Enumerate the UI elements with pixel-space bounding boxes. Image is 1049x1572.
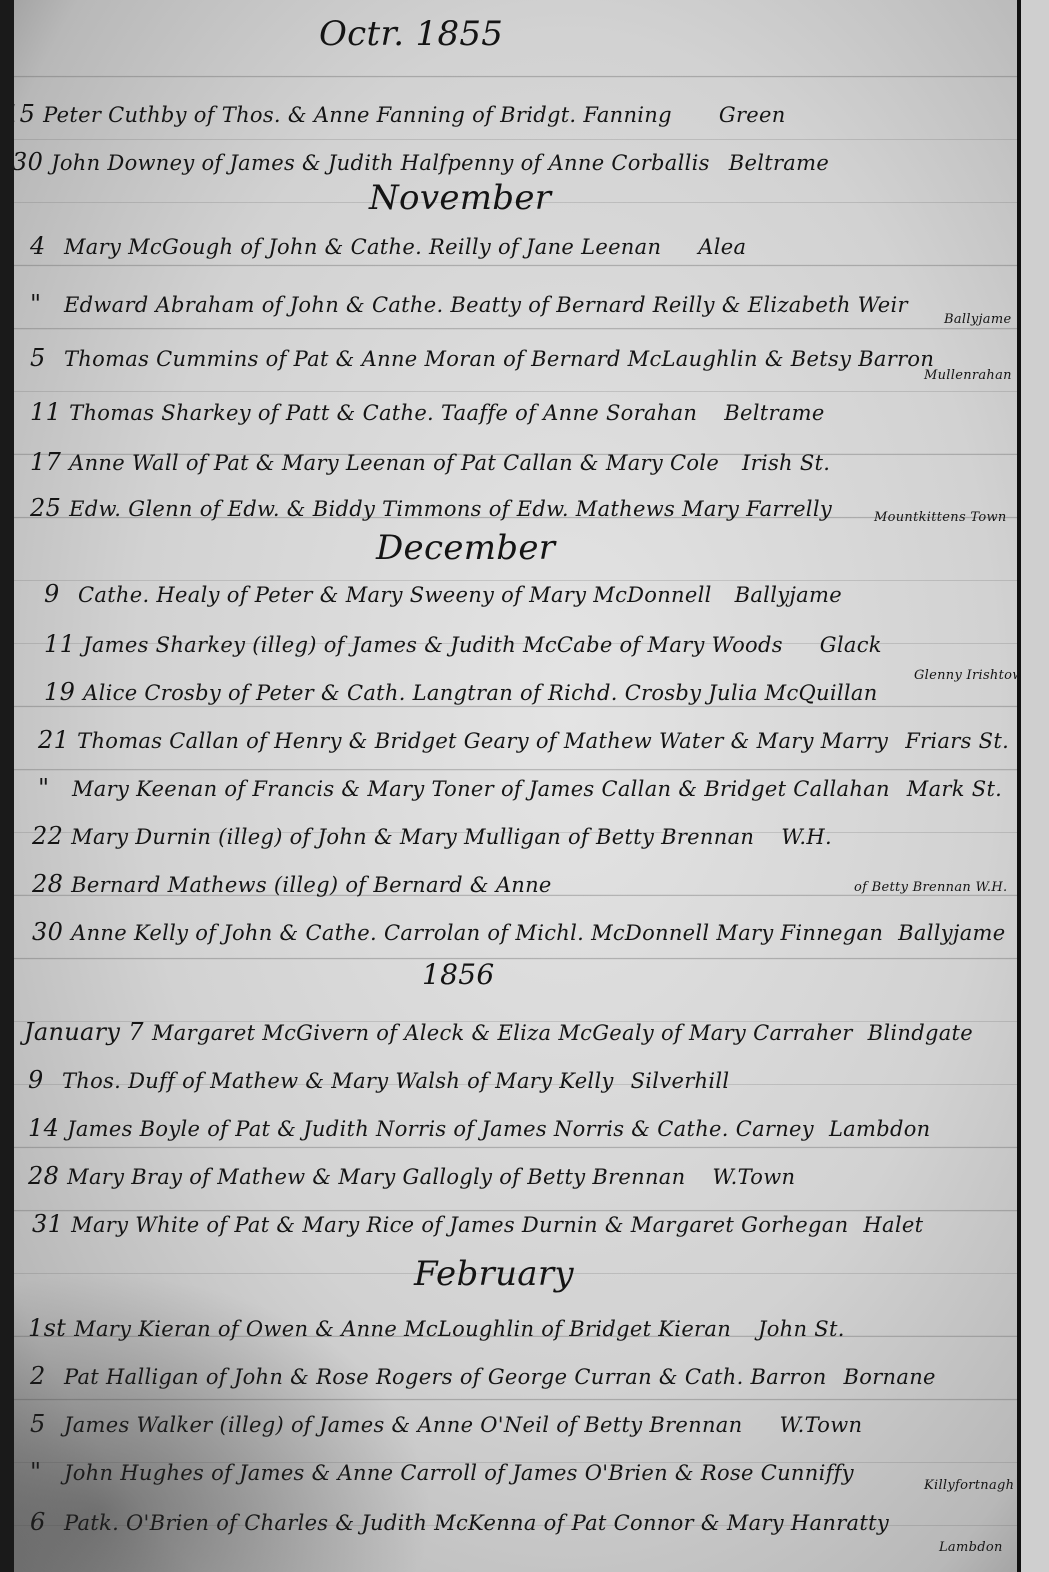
register-entry: 21Thomas Callan of Henry & Bridget Geary… [38,726,1009,754]
entry-day: 31 [32,1210,63,1238]
register-entry: 4Mary McGough of John & Cathe. Reilly of… [30,232,746,260]
register-entry: 31Mary White of Pat & Mary Rice of James… [32,1210,923,1238]
entry-text: Thomas Sharkey of Patt & Cathe. Taaffe o… [69,401,697,425]
entry-place: Halet [863,1213,923,1237]
entry-place: Ballyjame [898,921,1005,945]
entry-day: 17 [30,448,61,476]
entry-day: 11 [30,398,61,426]
entry-text: Thos. Duff of Mathew & Mary Walsh of Mar… [62,1069,614,1093]
entry-day: 25 [30,494,61,522]
entry-text: Mary White of Pat & Mary Rice of James D… [71,1213,848,1237]
entry-text: Thomas Cummins of Pat & Anne Moran of Be… [64,347,934,371]
entry-text: Mary McGough of John & Cathe. Reilly of … [64,235,661,259]
entry-day: 22 [32,822,63,850]
entry-day: 30 [32,918,63,946]
month-heading: February [414,1254,574,1294]
entry-text: John Downey of James & Judith Halfpenny … [51,151,710,175]
register-entry: 19Alice Crosby of Peter & Cath. Langtran… [44,678,878,706]
month-heading: November [369,178,551,218]
entry-place-note: Glenny Irishtown [914,668,1018,683]
entry-day: 15 [14,100,35,128]
register-entry: 22Mary Durnin (illeg) of John & Mary Mul… [32,822,832,850]
entry-day: 4 [30,232,56,260]
entry-text: Cathe. Healy of Peter & Mary Sweeny of M… [78,583,712,607]
register-entry: "Mary Keenan of Francis & Mary Toner of … [38,774,1002,802]
register-entry: 30Anne Kelly of John & Cathe. Carrolan o… [32,918,1005,946]
entry-day: 6 [30,1508,56,1536]
entry-text: Mary Bray of Mathew & Mary Gallogly of B… [67,1165,685,1189]
entry-place: Irish St. [742,451,830,475]
entry-place: Friars St. [905,729,1009,753]
entry-text: Peter Cuthby of Thos. & Anne Fanning of … [43,103,672,127]
entry-text: Edward Abraham of John & Cathe. Beatty o… [64,293,908,317]
register-entry: 9Cathe. Healy of Peter & Mary Sweeny of … [44,580,842,608]
entry-day: 5 [30,1410,56,1438]
entry-text: Margaret McGivern of Aleck & Eliza McGea… [152,1021,853,1045]
entry-day: 28 [32,870,63,898]
entry-day: 9 [44,580,70,608]
entry-place: Mark St. [907,777,1002,801]
page-heading: Octr. 1855 [319,14,503,54]
register-entry: 25Edw. Glenn of Edw. & Biddy Timmons of … [30,494,832,522]
entry-place: Silverhill [631,1069,730,1093]
entry-place-note: Mountkittens Town [874,510,1007,525]
entry-place: W.Town [712,1165,795,1189]
entry-place: Green [719,103,786,127]
register-entry: 5Thomas Cummins of Pat & Anne Moran of B… [30,344,934,372]
entry-text: Edw. Glenn of Edw. & Biddy Timmons of Ed… [69,497,832,521]
entry-place: Ballyjame [735,583,842,607]
register-entry: 11Thomas Sharkey of Patt & Cathe. Taaffe… [30,398,825,426]
register-entry: January 7Margaret McGivern of Aleck & El… [24,1018,973,1046]
entry-text: James Boyle of Pat & Judith Norris of Ja… [67,1117,814,1141]
entry-place-note: Mullenrahan [924,368,1012,383]
entry-day: " [30,1458,56,1486]
entry-text: Mary Keenan of Francis & Mary Toner of J… [72,777,890,801]
entry-text: John Hughes of James & Anne Carroll of J… [64,1461,854,1485]
register-entry: 2Pat Halligan of John & Rose Rogers of G… [30,1362,936,1390]
adjacent-page-edge [1021,0,1049,1572]
month-heading: December [376,528,555,568]
register-entry: 28Bernard Mathews (illeg) of Bernard & A… [32,870,552,898]
entry-text: Anne Wall of Pat & Mary Leenan of Pat Ca… [69,451,719,475]
register-entry: 6Patk. O'Brien of Charles & Judith McKen… [30,1508,889,1536]
entry-day: January 7 [24,1018,144,1046]
entry-text: Thomas Callan of Henry & Bridget Geary o… [77,729,888,753]
entry-day: 28 [28,1162,59,1190]
entry-place-note: Killyfortnagh [924,1478,1014,1493]
entry-day: 9 [28,1066,54,1094]
register-entry: 28Mary Bray of Mathew & Mary Gallogly of… [28,1162,795,1190]
register-entry: 14James Boyle of Pat & Judith Norris of … [28,1114,930,1142]
entry-place: Alea [698,235,746,259]
entry-place: Beltrame [729,151,829,175]
entry-place: W.H. [781,825,832,849]
entry-place: Lambdon [829,1117,931,1141]
entry-place-note: Lambdon [939,1540,1003,1555]
register-entry: 30John Downey of James & Judith Halfpenn… [14,148,829,176]
entry-text: James Sharkey (illeg) of James & Judith … [83,633,783,657]
entry-day: " [38,774,64,802]
entry-text: Patk. O'Brien of Charles & Judith McKenn… [64,1511,889,1535]
register-entry: 5James Walker (illeg) of James & Anne O'… [30,1410,862,1438]
entry-text: Mary Durnin (illeg) of John & Mary Mulli… [71,825,754,849]
entry-place: John St. [758,1317,845,1341]
register-entry: 17Anne Wall of Pat & Mary Leenan of Pat … [30,448,830,476]
entry-text: James Walker (illeg) of James & Anne O'N… [64,1413,742,1437]
entry-place: Blindgate [868,1021,973,1045]
entry-day: 30 [14,148,43,176]
entry-place-note: of Betty Brennan W.H. [854,880,1007,895]
register-entry: 15Peter Cuthby of Thos. & Anne Fanning o… [14,100,786,128]
entry-text: Alice Crosby of Peter & Cath. Langtran o… [83,681,877,705]
entry-place: Bornane [844,1365,936,1389]
entry-day: 14 [28,1114,59,1142]
register-page: Octr. 1855 15Peter Cuthby of Thos. & Ann… [14,0,1018,1572]
register-entry: "Edward Abraham of John & Cathe. Beatty … [30,290,908,318]
entry-day: 11 [44,630,75,658]
entry-place: W.Town [779,1413,862,1437]
entry-day: 5 [30,344,56,372]
entry-text: Anne Kelly of John & Cathe. Carrolan of … [71,921,883,945]
entry-day: 19 [44,678,75,706]
entry-text: Pat Halligan of John & Rose Rogers of Ge… [64,1365,827,1389]
entry-day: " [30,290,56,318]
entry-place: Beltrame [724,401,824,425]
entry-day: 1st [28,1314,66,1342]
register-entry: "John Hughes of James & Anne Carroll of … [30,1458,854,1486]
entry-place: Glack [820,633,882,657]
register-entry: 11James Sharkey (illeg) of James & Judit… [44,630,882,658]
entry-day: 21 [38,726,69,754]
year-heading: 1856 [422,958,494,991]
entry-place-note: Ballyjame [944,312,1011,327]
entry-text: Mary Kieran of Owen & Anne McLoughlin of… [74,1317,731,1341]
register-entry: 1stMary Kieran of Owen & Anne McLoughlin… [28,1314,845,1342]
entry-day: 2 [30,1362,56,1390]
entry-text: Bernard Mathews (illeg) of Bernard & Ann… [71,873,552,897]
register-entry: 9Thos. Duff of Mathew & Mary Walsh of Ma… [28,1066,729,1094]
